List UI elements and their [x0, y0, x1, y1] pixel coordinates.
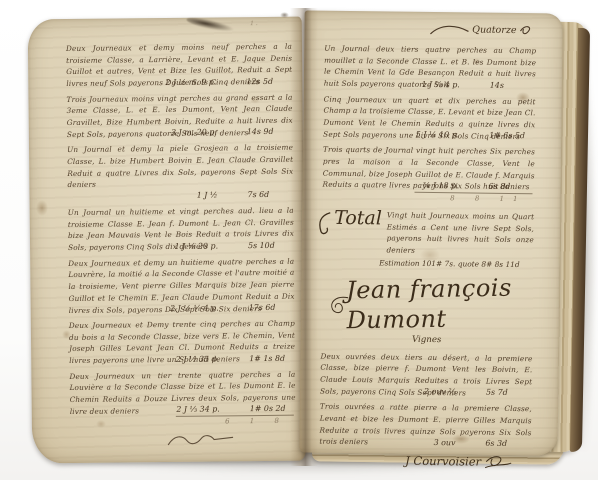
entry-amount: 14s 9d	[247, 127, 289, 136]
entry-amount: 12s 5d	[246, 76, 288, 85]
left-page: 1 . Deux Journeaux et demy moins neuf pe…	[28, 17, 307, 464]
pencil-column-total: 8 8 11	[322, 193, 534, 204]
entry-measure: 1 J ½	[197, 191, 218, 200]
entry-figures: 1 J ½ 7s 6d	[67, 190, 293, 201]
entry-measure: 1 J ⅔ 4 p.	[421, 79, 460, 88]
entry-measure: 5 J ¼ 10 p.	[416, 130, 460, 140]
entry-amount: 14s	[490, 80, 532, 90]
register-entry-right-2: Cinq Journeaux un quart et dix perches a…	[323, 93, 536, 140]
register-entry-right-1: Un Journal deux tiers quatre perches au …	[324, 43, 537, 90]
pencil-column-total: 6 1 8	[70, 417, 296, 427]
register-entry-right-3: Trois quarts de Journal vingt huit perch…	[322, 144, 535, 203]
entry-measure: 3 ouv	[434, 438, 456, 447]
entry-amount: 5s 7d	[486, 388, 528, 398]
entry-amount: 1# 0s 2d	[250, 404, 292, 413]
section-subheading: Vignes	[321, 333, 533, 346]
entry-measure: 2 J ½ m. 9 p.	[165, 77, 216, 87]
entry-amount: 5s 10d	[248, 240, 290, 249]
flourish-paraph-icon	[166, 432, 236, 449]
entry-measure: 2 J ½ ⅛ 4 p.	[170, 303, 219, 313]
signature-name: J Courvoisier	[405, 454, 481, 469]
register-entry-left-5: Deux Journeaux et demy un huitieme quatr…	[68, 255, 295, 314]
entry-amount: 6s 8d	[489, 182, 531, 192]
entry-measure: 3 J m. 20 p.	[171, 128, 217, 137]
section-heading-text: Jean françois Dumont	[346, 272, 534, 335]
entry-text: Un Journal et demy la piele Grosjean a l…	[67, 142, 293, 191]
flourish-swash-icon	[428, 22, 470, 37]
signature: J Courvoisier	[405, 453, 531, 471]
signature-paraph-icon	[484, 454, 512, 470]
entry-amount: 1# 6s 5d	[489, 131, 531, 141]
register-entry-left-2: Trois Journeaux moins vingt perches au g…	[66, 91, 292, 138]
entry-measure: ¾ J 18 p.	[423, 181, 459, 190]
corner-pencil-mark: 1 .	[250, 20, 258, 27]
entry-measure: 1 J ⅛ 20 p.	[175, 241, 219, 250]
register-entry-left-3: Un Journal et demy la piele Grosjean a l…	[67, 142, 294, 201]
total-section: Total Vingt huit Journeaux moins un Quar…	[316, 208, 535, 257]
register-entry-left-1: Deux Journeaux et demy moins neuf perche…	[66, 41, 292, 88]
register-entry-vignes-2: Trois ouvrées a ratte pierre a la premie…	[319, 401, 532, 448]
entry-amount: 1# 1s 8d	[249, 353, 291, 362]
folio-header: Quatorze	[324, 21, 534, 38]
flourish-swash-icon	[316, 210, 332, 234]
entry-measure: 2 J ⅓ 34 p.	[176, 405, 220, 414]
total-label: Total	[334, 209, 382, 228]
estimation-line: Estimation 101# 7s. quote 8# 8s 11d	[322, 257, 534, 269]
entry-measure: 2 J ½ 35 p.	[176, 354, 220, 363]
manuscript-scan: 1 . Deux Journeaux et demy moins neuf pe…	[0, 0, 598, 480]
entry-amount: 7s 6d	[247, 190, 289, 199]
total-text: Vingt huit Journeaux moins un Quart Esti…	[386, 209, 534, 258]
entry-measure: 2 ouv ⅔	[424, 387, 456, 396]
entry-amount: 17s 6d	[249, 303, 291, 312]
register-entry-left-6: Deux Journeaux et Demy trente cinq perch…	[69, 318, 295, 365]
entry-amount: 6s 3d	[485, 439, 527, 449]
register-entry-left-7: Deux Journeaux un tier trente quatre per…	[69, 368, 296, 427]
flourish-paraph-icon	[518, 23, 534, 37]
register-entry-left-4: Un Journal un huitieme et vingt perches …	[68, 205, 294, 252]
section-heading: Jean françois Dumont	[327, 272, 534, 335]
right-page: Quatorze Un Journal deux tiers quatre pe…	[299, 10, 562, 455]
folio-number: Quatorze	[472, 24, 516, 36]
register-entry-vignes-1: Deux ouvrées deux tiers au désert, a la …	[320, 350, 533, 397]
